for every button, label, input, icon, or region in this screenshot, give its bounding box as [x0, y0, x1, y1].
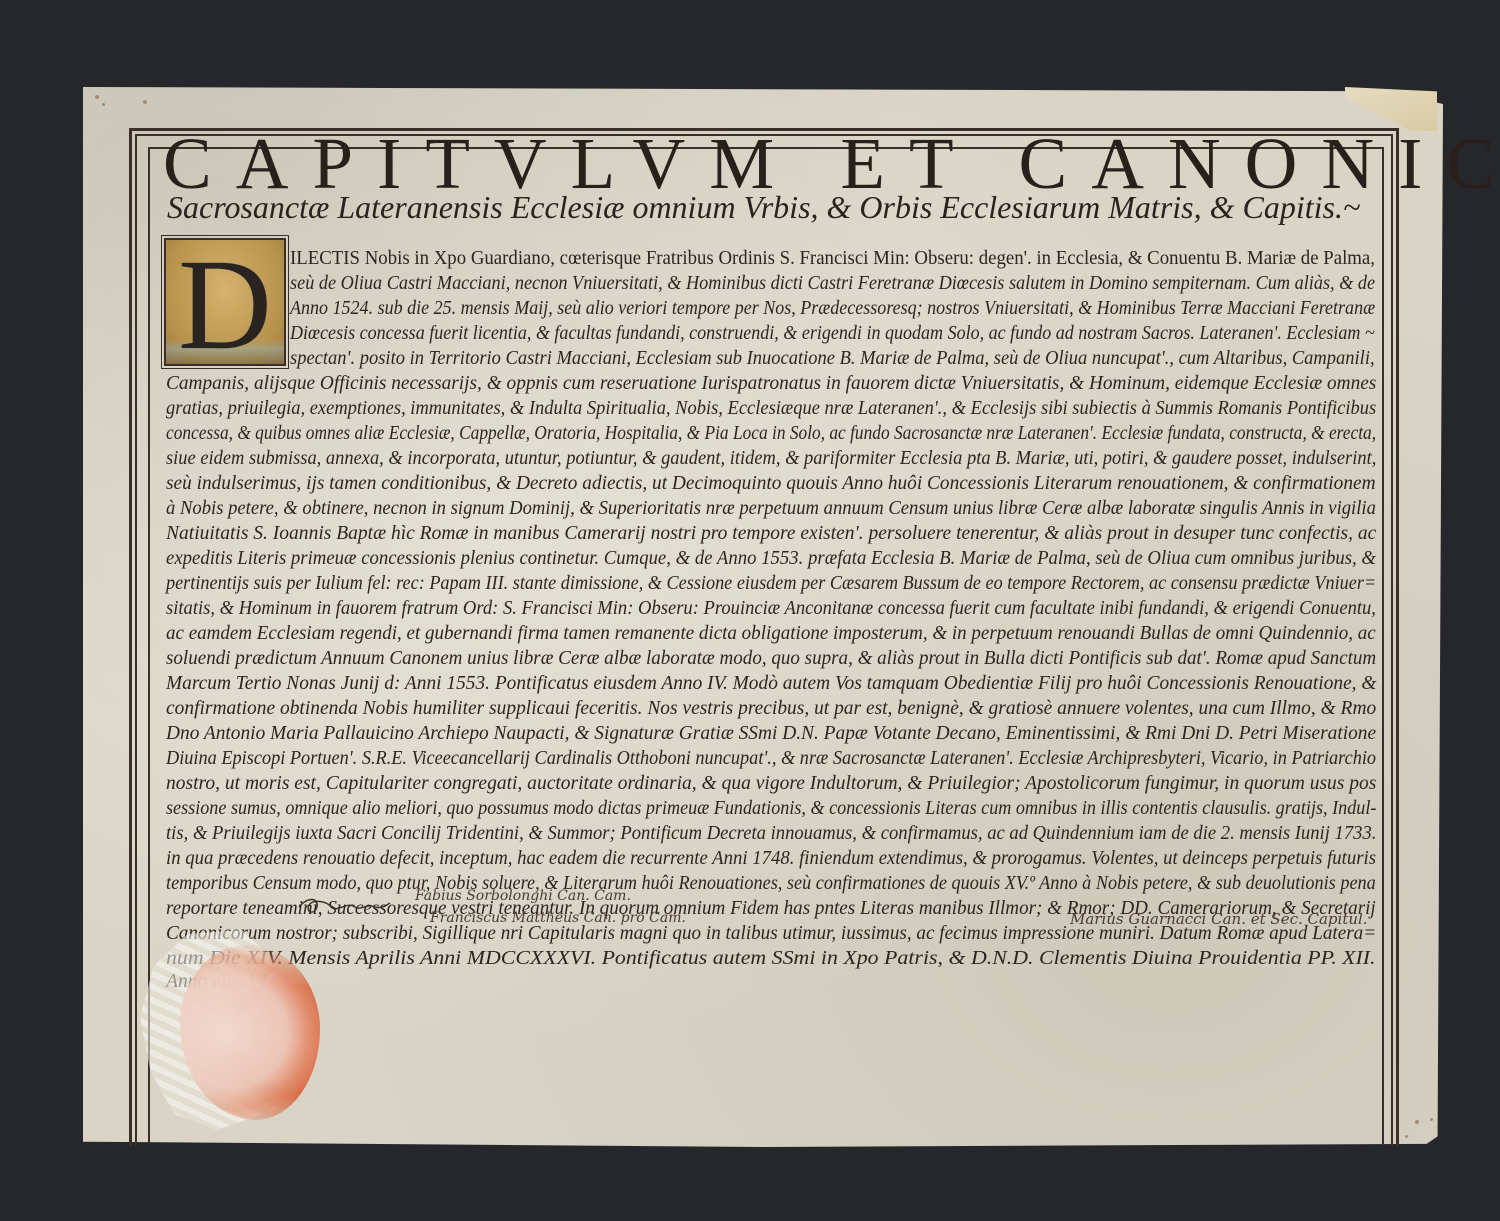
- body-line: à Nobis petere, & obtinere, necnon in si…: [166, 499, 1376, 519]
- body-line: tis, & Priuilegijs iuxta Sacri Concilij …: [166, 824, 1376, 844]
- signature-camerarius: Fabius Sorbolonghi Can. Cam.: [415, 888, 631, 904]
- foxing-spot: [102, 103, 105, 106]
- body-line: pertinentijs suis per Iulium fel: rec: P…: [166, 574, 1376, 594]
- body-line: in qua præcedens renouatio defecit, ince…: [166, 849, 1376, 869]
- body-line: gratias, priuilegia, exemptiones, immuni…: [166, 399, 1376, 419]
- body-line: expeditis Literis primeuæ concessionis p…: [166, 549, 1376, 569]
- wax-seal: [140, 930, 325, 1130]
- body-line: Diœcesis concessa fuerit licentia, & fac…: [290, 324, 1375, 344]
- foxing-spot: [1405, 1135, 1408, 1138]
- body-line: concessa, & quibus omnes aliæ Ecclesiæ, …: [166, 424, 1376, 444]
- document-subtitle: Sacrosanctæ Lateranensis Ecclesiæ omnium…: [167, 191, 1360, 223]
- body-line: num Die XIV. Mensis Aprilis Anni MDCCXXX…: [166, 949, 1376, 969]
- body-line: seù de Oliua Castri Macciani, necnon Vni…: [290, 274, 1375, 294]
- body-line: ILECTIS Nobis in Xpo Guardiano, cœterisq…: [290, 249, 1375, 269]
- body-line: Dno Antonio Maria Pallauicino Archiepo N…: [166, 724, 1376, 744]
- initial-letter: D: [178, 240, 272, 370]
- signature-pro-camerarius: Franciscus Mattheus Can. pro Cam.: [430, 910, 686, 926]
- body-line: sitatis, & Hominum in fauorem fratrum Or…: [166, 599, 1376, 619]
- body-line: confirmatione obtinenda Nobis humiliter …: [166, 699, 1376, 719]
- body-line: Campanis, alijsque Officinis necessarijs…: [166, 374, 1376, 394]
- foxing-spot: [95, 95, 99, 99]
- scribe-flourish-icon: [297, 895, 392, 917]
- signature-secretary: Marius Guarnacci Can. et Sec. Capitul.: [1070, 910, 1368, 928]
- body-line: Diuina Episcopi Portuen'. S.R.E. Viceeca…: [166, 749, 1376, 769]
- body-line: soluendi prædictum Annuum Canonem unius …: [166, 649, 1376, 669]
- body-line: sessione sumus, omnique alio meliori, qu…: [166, 799, 1376, 819]
- foxing-spot: [143, 100, 147, 104]
- illuminated-initial: D: [164, 238, 286, 366]
- body-line: ac eamdem Ecclesiam regendi, et gubernan…: [166, 624, 1376, 644]
- body-line: spectan'. posito in Territorio Castri Ma…: [290, 349, 1375, 369]
- foxing-spot: [1430, 1118, 1433, 1121]
- body-line: Anno 1524. sub die 25. mensis Maij, seù …: [290, 299, 1375, 319]
- body-line: seù indulserimus, ijs tamen conditionibu…: [166, 474, 1376, 494]
- inner-border-line: [148, 147, 1384, 1144]
- body-line: temporibus Censum modo, quo ptur, Nobis …: [166, 874, 1376, 894]
- foxing-spot: [1415, 1120, 1419, 1124]
- body-line: siue eidem submissa, annexa, & incorpora…: [166, 449, 1376, 469]
- body-line: nostro, ut moris est, Capitulariter cong…: [166, 774, 1376, 794]
- body-line: Natiuitatis S. Ioannis Baptæ hìc Romæ in…: [166, 524, 1376, 544]
- body-line: Marcum Tertio Nonas Junij d: Anni 1553. …: [166, 674, 1376, 694]
